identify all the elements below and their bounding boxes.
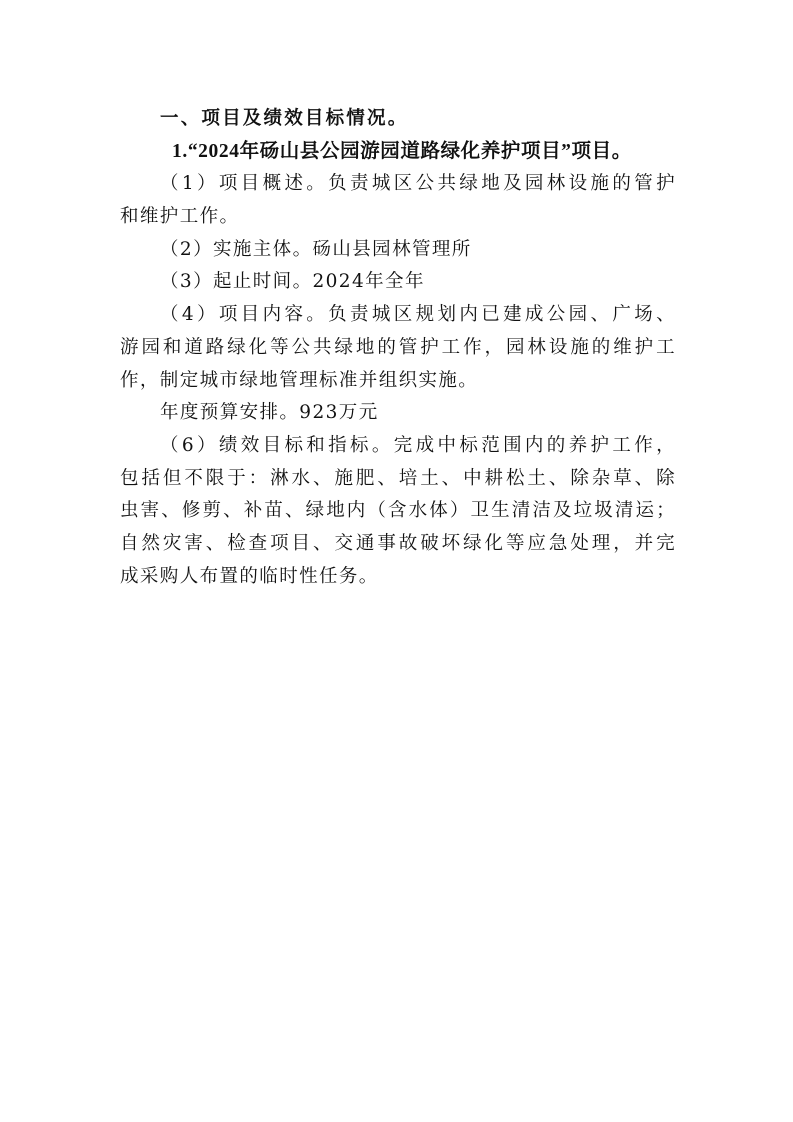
- targets-line-5: 成采购人布置的临时性任务。: [120, 561, 676, 594]
- content-line-1: （4）项目内容。负责城区规划内已建成公园、广场、: [120, 299, 676, 332]
- project-title: 1.“2024年砀山县公园游园道路绿化养护项目”项目。: [120, 136, 676, 169]
- targets-line-4: 自然灾害、检查项目、交通事故破坏绿化等应急处理，并完: [120, 528, 676, 561]
- budget-line: 年度预算安排。923万元: [120, 397, 676, 430]
- overview-line-1: （1）项目概述。负责城区公共绿地及园林设施的管护: [120, 168, 676, 201]
- section-heading: 一、项目及绩效目标情况。: [120, 103, 676, 136]
- targets-line-3: 虫害、修剪、补苗、绿地内（含水体）卫生清洁及垃圾清运；: [120, 495, 676, 528]
- implementer-line: （2）实施主体。砀山县园林管理所: [120, 234, 676, 267]
- period-line: （3）起止时间。2024年全年: [120, 266, 676, 299]
- targets-line-2: 包括但不限于：淋水、施肥、培土、中耕松土、除杂草、除: [120, 463, 676, 496]
- targets-line-1: （6）绩效目标和指标。完成中标范围内的养护工作，: [120, 430, 676, 463]
- content-line-2: 游园和道路绿化等公共绿地的管护工作，园林设施的维护工: [120, 332, 676, 365]
- content-line-3: 作，制定城市绿地管理标准并组织实施。: [120, 365, 676, 398]
- overview-line-2: 和维护工作。: [120, 201, 676, 234]
- document-page: 一、项目及绩效目标情况。 1.“2024年砀山县公园游园道路绿化养护项目”项目。…: [120, 103, 676, 593]
